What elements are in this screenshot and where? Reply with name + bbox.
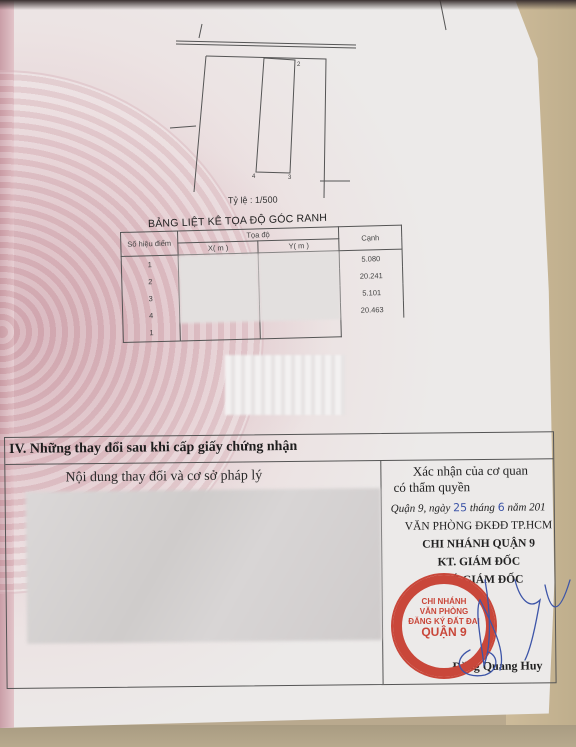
svg-text:2: 2 (297, 62, 301, 68)
cell-point: 2 (122, 272, 179, 290)
cell-edge: 20.463 (341, 301, 404, 320)
header-edge: Cạnh (339, 225, 402, 251)
confirm-header: Xác nhận của cơ quan có thẩm quyền (385, 462, 555, 496)
cell-edge: 5.101 (340, 284, 403, 303)
date-month: 6 (498, 501, 505, 514)
date-prefix: Quận 9, ngày (391, 502, 451, 515)
parcel-sketch: 2 4 3 (0, 0, 576, 200)
svg-text:3: 3 (288, 175, 292, 181)
desk-background-bottom (0, 725, 576, 747)
date-day: 25 (453, 501, 467, 514)
content-header: Nội dung thay đổi và cơ sở pháp lý (65, 468, 262, 486)
confirm-header-line1: Xác nhận của cơ quan (385, 462, 555, 480)
cell-edge (341, 318, 404, 337)
office-line1: VĂN PHÒNG ĐKĐĐ TP.HCM (391, 516, 566, 536)
parcel-outline (256, 58, 295, 173)
redacted-area (225, 355, 345, 415)
cell-y (260, 319, 341, 339)
cell-edge: 5.080 (339, 249, 402, 268)
cell-point: 1 (123, 323, 180, 342)
page-fold-shadow (0, 0, 576, 10)
confirm-header-line2: có thẩm quyền (385, 478, 555, 496)
section-title: IV. Những thay đổi sau khi cấp giấy chứn… (9, 439, 297, 458)
cell-point: 1 (121, 255, 178, 274)
cell-x (180, 321, 261, 341)
handwritten-signature (380, 540, 576, 700)
header-point: Số hiệu điểm (121, 231, 178, 256)
date-year-label: năm 201 (507, 501, 545, 513)
redacted-content (26, 488, 383, 644)
date-month-label: tháng (470, 502, 495, 514)
cell-point: 4 (122, 306, 179, 324)
cell-point: 3 (122, 289, 179, 307)
cell-edge: 20.241 (340, 267, 403, 286)
coordinate-table: Số hiệu điểm Tọa độ Cạnh X( m ) Y( m ) 1… (120, 225, 405, 343)
svg-text:4: 4 (252, 174, 256, 180)
cell-y-redacted (259, 251, 341, 322)
date-line: Quận 9, ngày 25 tháng 6 năm 201 (391, 500, 546, 515)
cell-x-redacted (178, 253, 260, 324)
scale-label: Tỷ lệ : 1/500 (228, 195, 278, 206)
